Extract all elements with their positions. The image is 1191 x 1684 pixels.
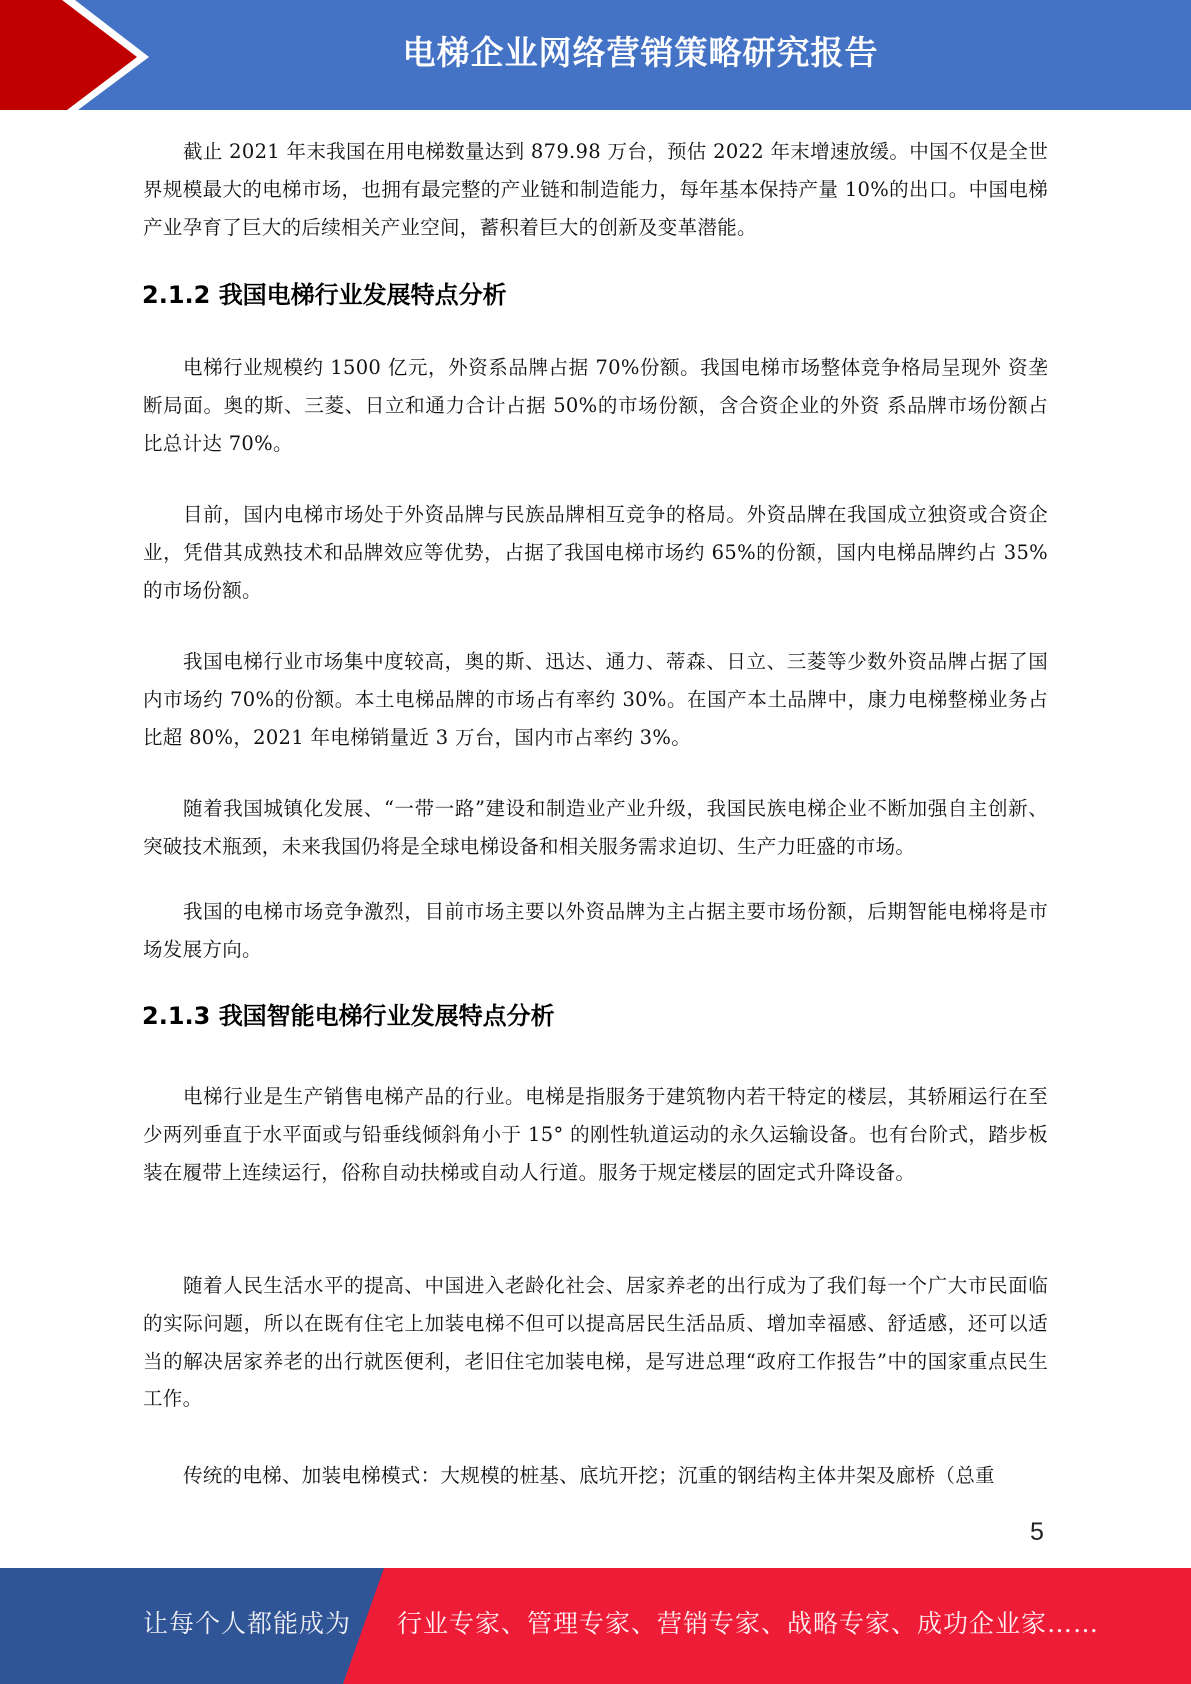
document-title: 电梯企业网络营销策略研究报告 [0, 0, 1191, 110]
paragraph-smart-elevator-trend: 我国的电梯市场竞争激烈，目前市场主要以外资品牌为主占据主要市场份额，后期智能电梯… [143, 893, 1048, 969]
footer-slogan-left: 让每个人都能成为 [143, 1604, 351, 1644]
paragraph-retrofit-elevators: 随着人民生活水平的提高、中国进入老龄化社会、居家养老的出行成为了我们每一个广大市… [143, 1267, 1048, 1418]
page-footer: 让每个人都能成为 行业专家、管理专家、营销专家、战略专家、成功企业家…… [0, 1568, 1191, 1684]
footer-slogan-right: 行业专家、管理专家、营销专家、战略专家、成功企业家…… [397, 1604, 1099, 1644]
paragraph-elevator-definition: 电梯行业是生产销售电梯产品的行业。电梯是指服务于建筑物内若干特定的楼层，其轿厢运… [143, 1078, 1048, 1191]
section-heading-2-1-3: 2.1.3 我国智能电梯行业发展特点分析 [142, 998, 555, 1034]
paragraph-elevator-stock: 截止 2021 年末我国在用电梯数量达到 879.98 万台，预估 2022 年… [143, 133, 1048, 246]
page-number: 5 [1030, 1518, 1044, 1547]
section-heading-2-1-2: 2.1.2 我国电梯行业发展特点分析 [142, 277, 507, 313]
paragraph-traditional-mode: 传统的电梯、加装电梯模式：大规模的桩基、底坑开挖；沉重的钢结构主体井架及廊桥（总… [143, 1457, 1048, 1495]
paragraph-competition-pattern: 目前，国内电梯市场处于外资品牌与民族品牌相互竞争的格局。外资品牌在我国成立独资或… [143, 496, 1048, 609]
page-header: 电梯企业网络营销策略研究报告 [0, 0, 1191, 110]
paragraph-market-concentration: 我国电梯行业市场集中度较高，奥的斯、迅达、通力、蒂森、日立、三菱等少数外资品牌占… [143, 643, 1048, 756]
paragraph-national-development: 随着我国城镇化发展、“一带一路”建设和制造业产业升级，我国民族电梯企业不断加强自… [143, 790, 1048, 866]
paragraph-industry-scale: 电梯行业规模约 1500 亿元，外资系品牌占据 70%份额。我国电梯市场整体竞争… [143, 349, 1048, 462]
